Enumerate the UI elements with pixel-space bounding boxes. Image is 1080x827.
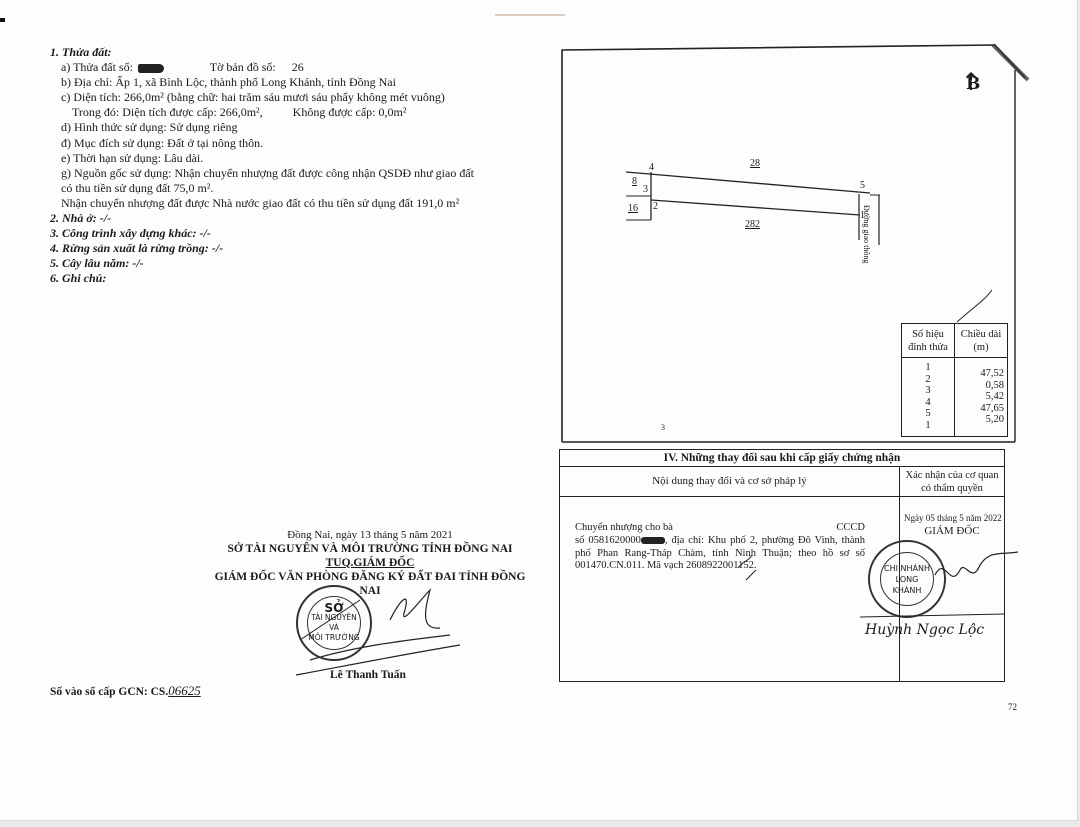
corner-note: 72 [1008,702,1017,712]
issuer-block: Đồng Nai, ngày 13 tháng 5 năm 2021 SỞ TÀ… [205,528,535,598]
stamp-line: TÀI NGUYÊN VÀ [308,613,360,633]
issuer-role: GIÁM ĐỐC VĂN PHÒNG ĐĂNG KÝ ĐẤT ĐAI TỈNH … [205,570,535,598]
registry-value: 06625 [168,683,201,698]
department-stamp: SỞ TÀI NGUYÊN VÀ MÔI TRƯỜNG [296,585,372,661]
signature-strokes [0,0,1080,827]
issuer-org: SỞ TÀI NGUYÊN VÀ MÔI TRƯỜNG TỈNH ĐỒNG NA… [205,542,535,556]
issue-date: Đồng Nai, ngày 13 tháng 5 năm 2021 [205,528,535,542]
stamp-line: MÔI TRƯỜNG [308,633,359,643]
registry-number: Số vào sổ cấp GCN: CS.06625 [50,683,201,699]
stamp-line: SỞ [324,603,343,613]
issuer-tuq: TUQ.GIÁM ĐỐC [205,556,535,570]
registry-label: Số vào sổ cấp GCN: CS. [50,686,168,698]
confirm-signer: Huỳnh Ngọc Lộc [865,622,984,638]
certificate-page: 1. Thửa đất: a) Thửa đất số: Tờ bản đồ s… [0,0,1078,821]
issuer-signer: Lê Thanh Tuấn [330,669,406,681]
department-stamp-inner: SỞ TÀI NGUYÊN VÀ MÔI TRƯỜNG [307,596,361,650]
